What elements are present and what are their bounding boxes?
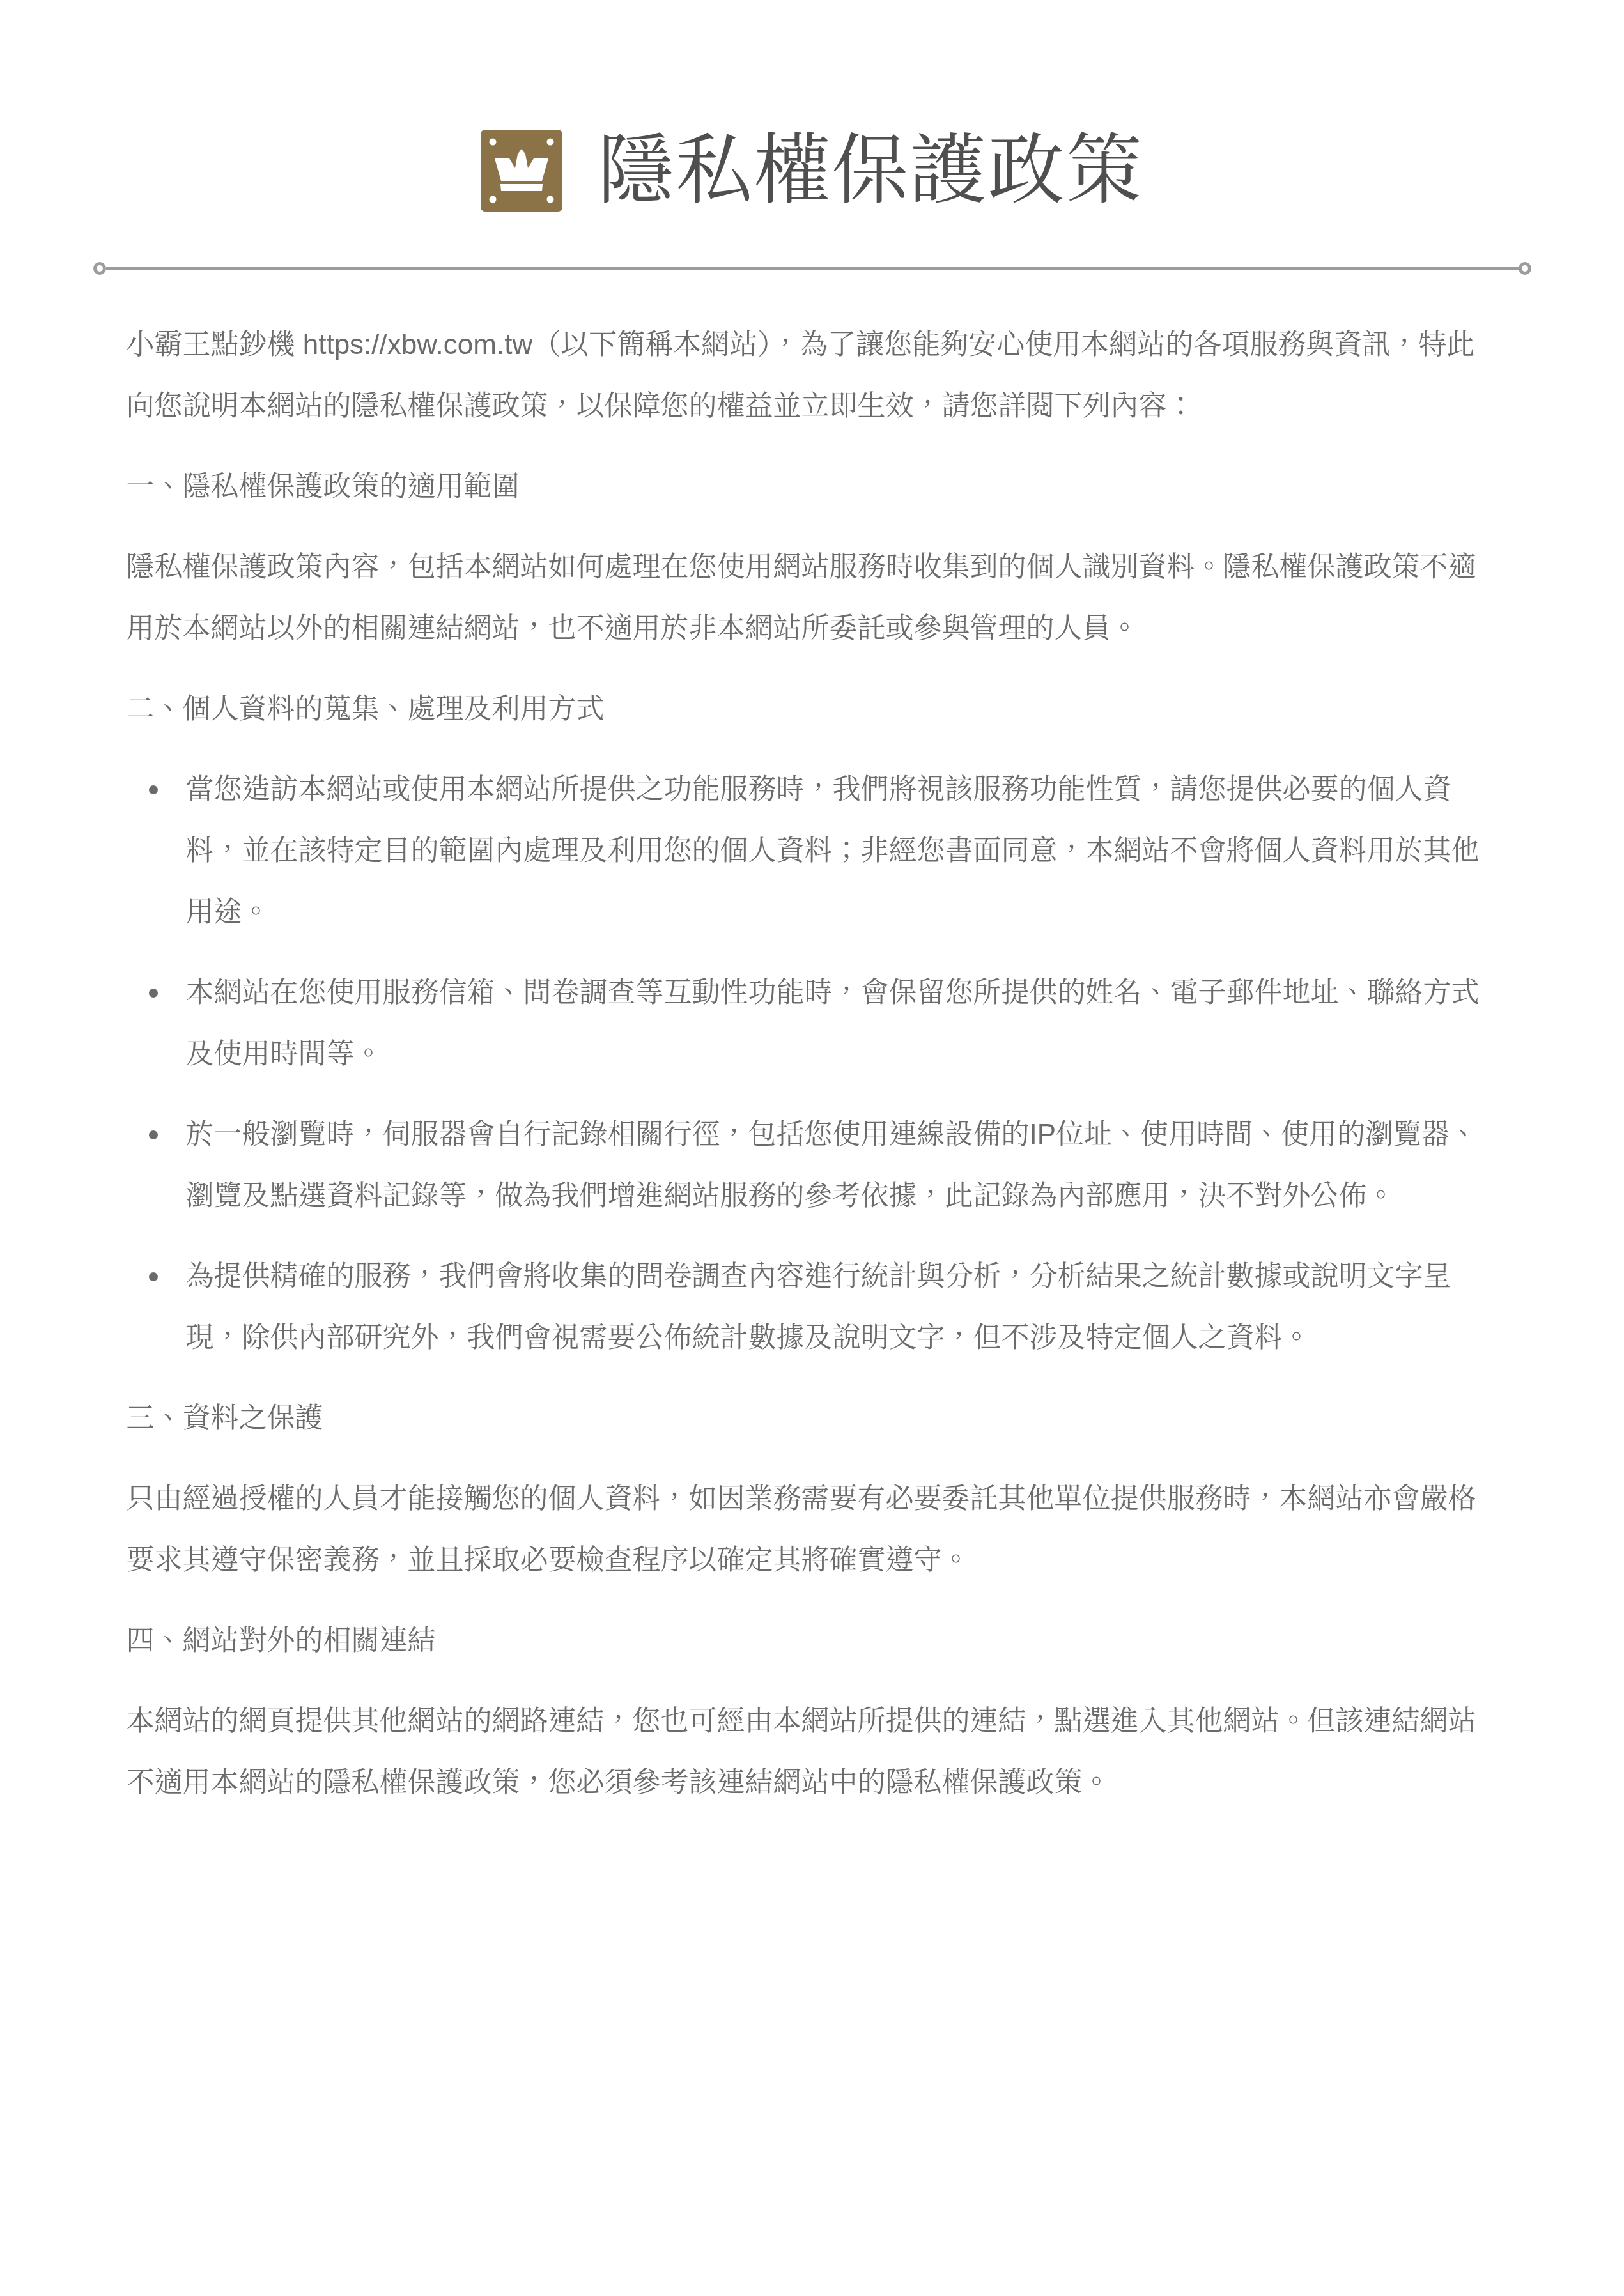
section-1-paragraph: 隱私權保護政策內容，包括本網站如何處理在您使用網站服務時收集到的個人識別資料。隱… [127,537,1498,659]
section-2-bullet-list: 當您造訪本網站或使用本網站所提供之功能服務時，我們將視該服務功能性質，請您提供必… [127,759,1498,1369]
section-4-heading: 四、網站對外的相關連結 [127,1610,1498,1672]
section-3-heading: 三、資料之保護 [127,1388,1498,1449]
bullet-item: 當您造訪本網站或使用本網站所提供之功能服務時，我們將視該服務功能性質，請您提供必… [127,759,1498,943]
privacy-policy-page: 隱私權保護政策 小霸王點鈔機 https://xbw.com.tw（以下簡稱本網… [0,0,1624,2296]
crown-logo-badge [481,130,562,212]
page-title: 隱私權保護政策 [598,128,1144,213]
divider-ring-left [93,262,106,275]
intro-paragraph: 小霸王點鈔機 https://xbw.com.tw（以下簡稱本網站），為了讓您能… [127,314,1498,437]
policy-content: 小霸王點鈔機 https://xbw.com.tw（以下簡稱本網站），為了讓您能… [93,314,1531,1814]
divider-line [106,267,1519,270]
section-1-heading: 一、隱私權保護政策的適用範圍 [127,456,1498,518]
crown-icon [481,130,562,212]
section-3-paragraph: 只由經過授權的人員才能接觸您的個人資料，如因業務需要有必要委託其他單位提供服務時… [127,1468,1498,1591]
section-2-heading: 二、個人資料的蒐集、處理及利用方式 [127,679,1498,740]
divider-ring-right [1519,262,1531,275]
header-divider [93,262,1531,275]
bullet-item: 於一般瀏覽時，伺服器會自行記錄相關行徑，包括您使用連線設備的IP位址、使用時間、… [127,1104,1498,1227]
bullet-item: 為提供精確的服務，我們會將收集的問卷調查內容進行統計與分析，分析結果之統計數據或… [127,1246,1498,1369]
section-4-paragraph: 本網站的網頁提供其他網站的網路連結，您也可經由本網站所提供的連結，點選進入其他網… [127,1691,1498,1814]
bullet-item: 本網站在您使用服務信箱、問卷調查等互動性功能時，會保留您所提供的姓名、電子郵件地… [127,962,1498,1085]
page-header: 隱私權保護政策 [0,0,1624,213]
